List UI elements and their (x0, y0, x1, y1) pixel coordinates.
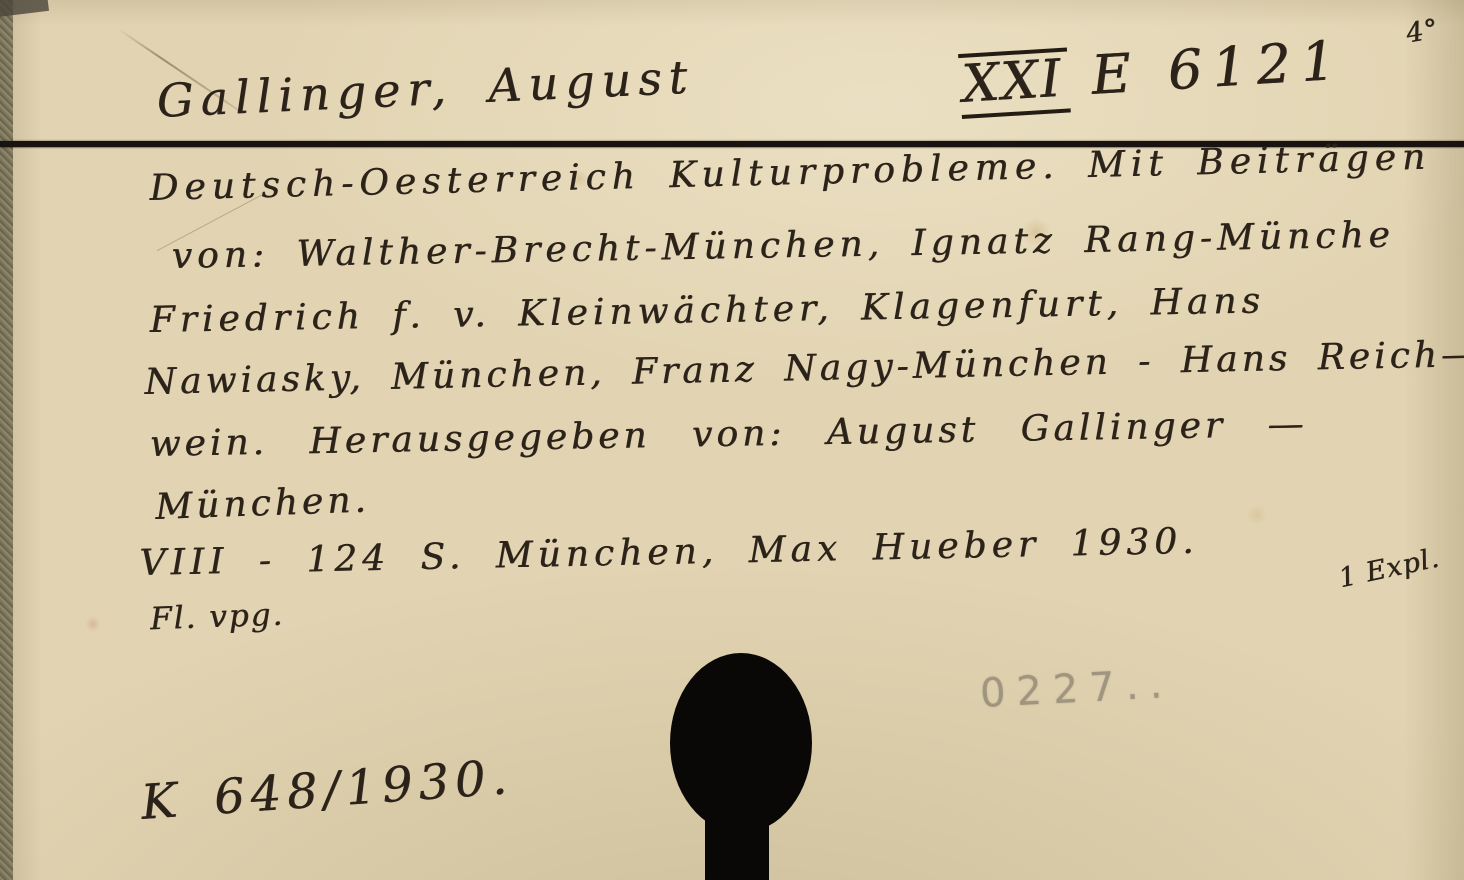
binding-note: Fl. vpg. (149, 597, 284, 638)
author-heading: Gallinger, August (156, 50, 696, 128)
corner-shadow (0, 0, 49, 17)
scanner-edge-strip (0, 0, 13, 880)
contributors-line: von: Walther-Brecht-München, Ignatz Rang… (171, 215, 1395, 277)
call-number: XXI E 6121 (958, 29, 1347, 119)
title-line: Deutsch-Oesterreich Kulturprobleme. Mit … (149, 137, 1432, 209)
editor-line: wein. Herausgegeben von: August Gallinge… (149, 404, 1307, 465)
catalog-card: 4° XXI E 6121 Gallinger, August Deutsch-… (0, 0, 1464, 880)
contributors-line: Friedrich f. v. Kleinwächter, Klagenfurt… (149, 281, 1265, 341)
copies-note: 1 Expl. (1336, 543, 1442, 595)
call-number-class: XXI (958, 47, 1070, 118)
format-mark: 4° (1404, 13, 1442, 49)
accession-number: K 648/1930. (139, 749, 514, 831)
faint-number-stamp: 0227.. (979, 661, 1174, 717)
contributors-line: Nawiasky, München, Franz Nagy-München - … (144, 334, 1464, 403)
collation-imprint-line: VIII - 124 S. München, Max Hueber 1930. (139, 521, 1199, 584)
call-number-shelfmark: E 6121 (1089, 29, 1346, 107)
punch-hole (662, 648, 822, 880)
editor-city-line: München. (155, 480, 371, 528)
